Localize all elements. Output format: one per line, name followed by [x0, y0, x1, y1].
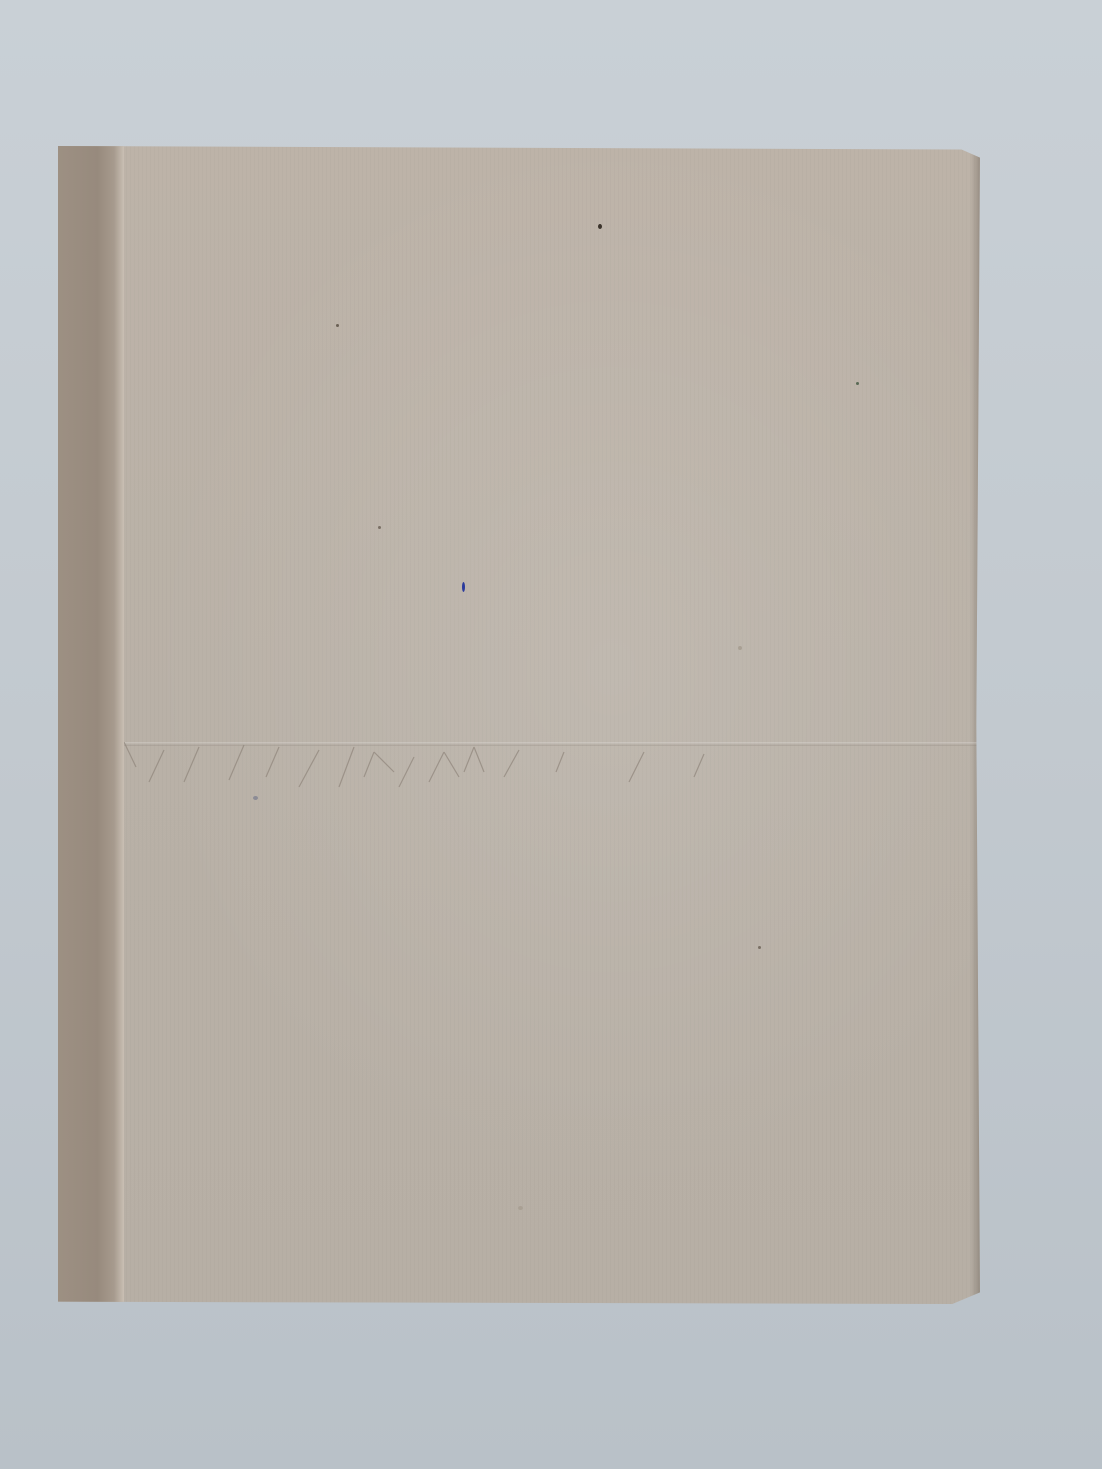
paper-cover	[58, 146, 980, 1304]
dirt-speck	[738, 646, 742, 650]
cover-spine	[58, 146, 124, 1304]
dirt-speck	[758, 946, 761, 949]
dirt-speck	[518, 1206, 523, 1210]
dirt-speck	[378, 526, 381, 529]
dirt-speck	[598, 224, 602, 229]
dirt-speck	[856, 382, 859, 385]
dirt-speck	[336, 324, 339, 327]
cover-edge-shadow	[970, 146, 980, 1304]
crease-marks	[124, 742, 980, 792]
dirt-speck	[253, 796, 258, 800]
ink-speck	[462, 582, 465, 592]
